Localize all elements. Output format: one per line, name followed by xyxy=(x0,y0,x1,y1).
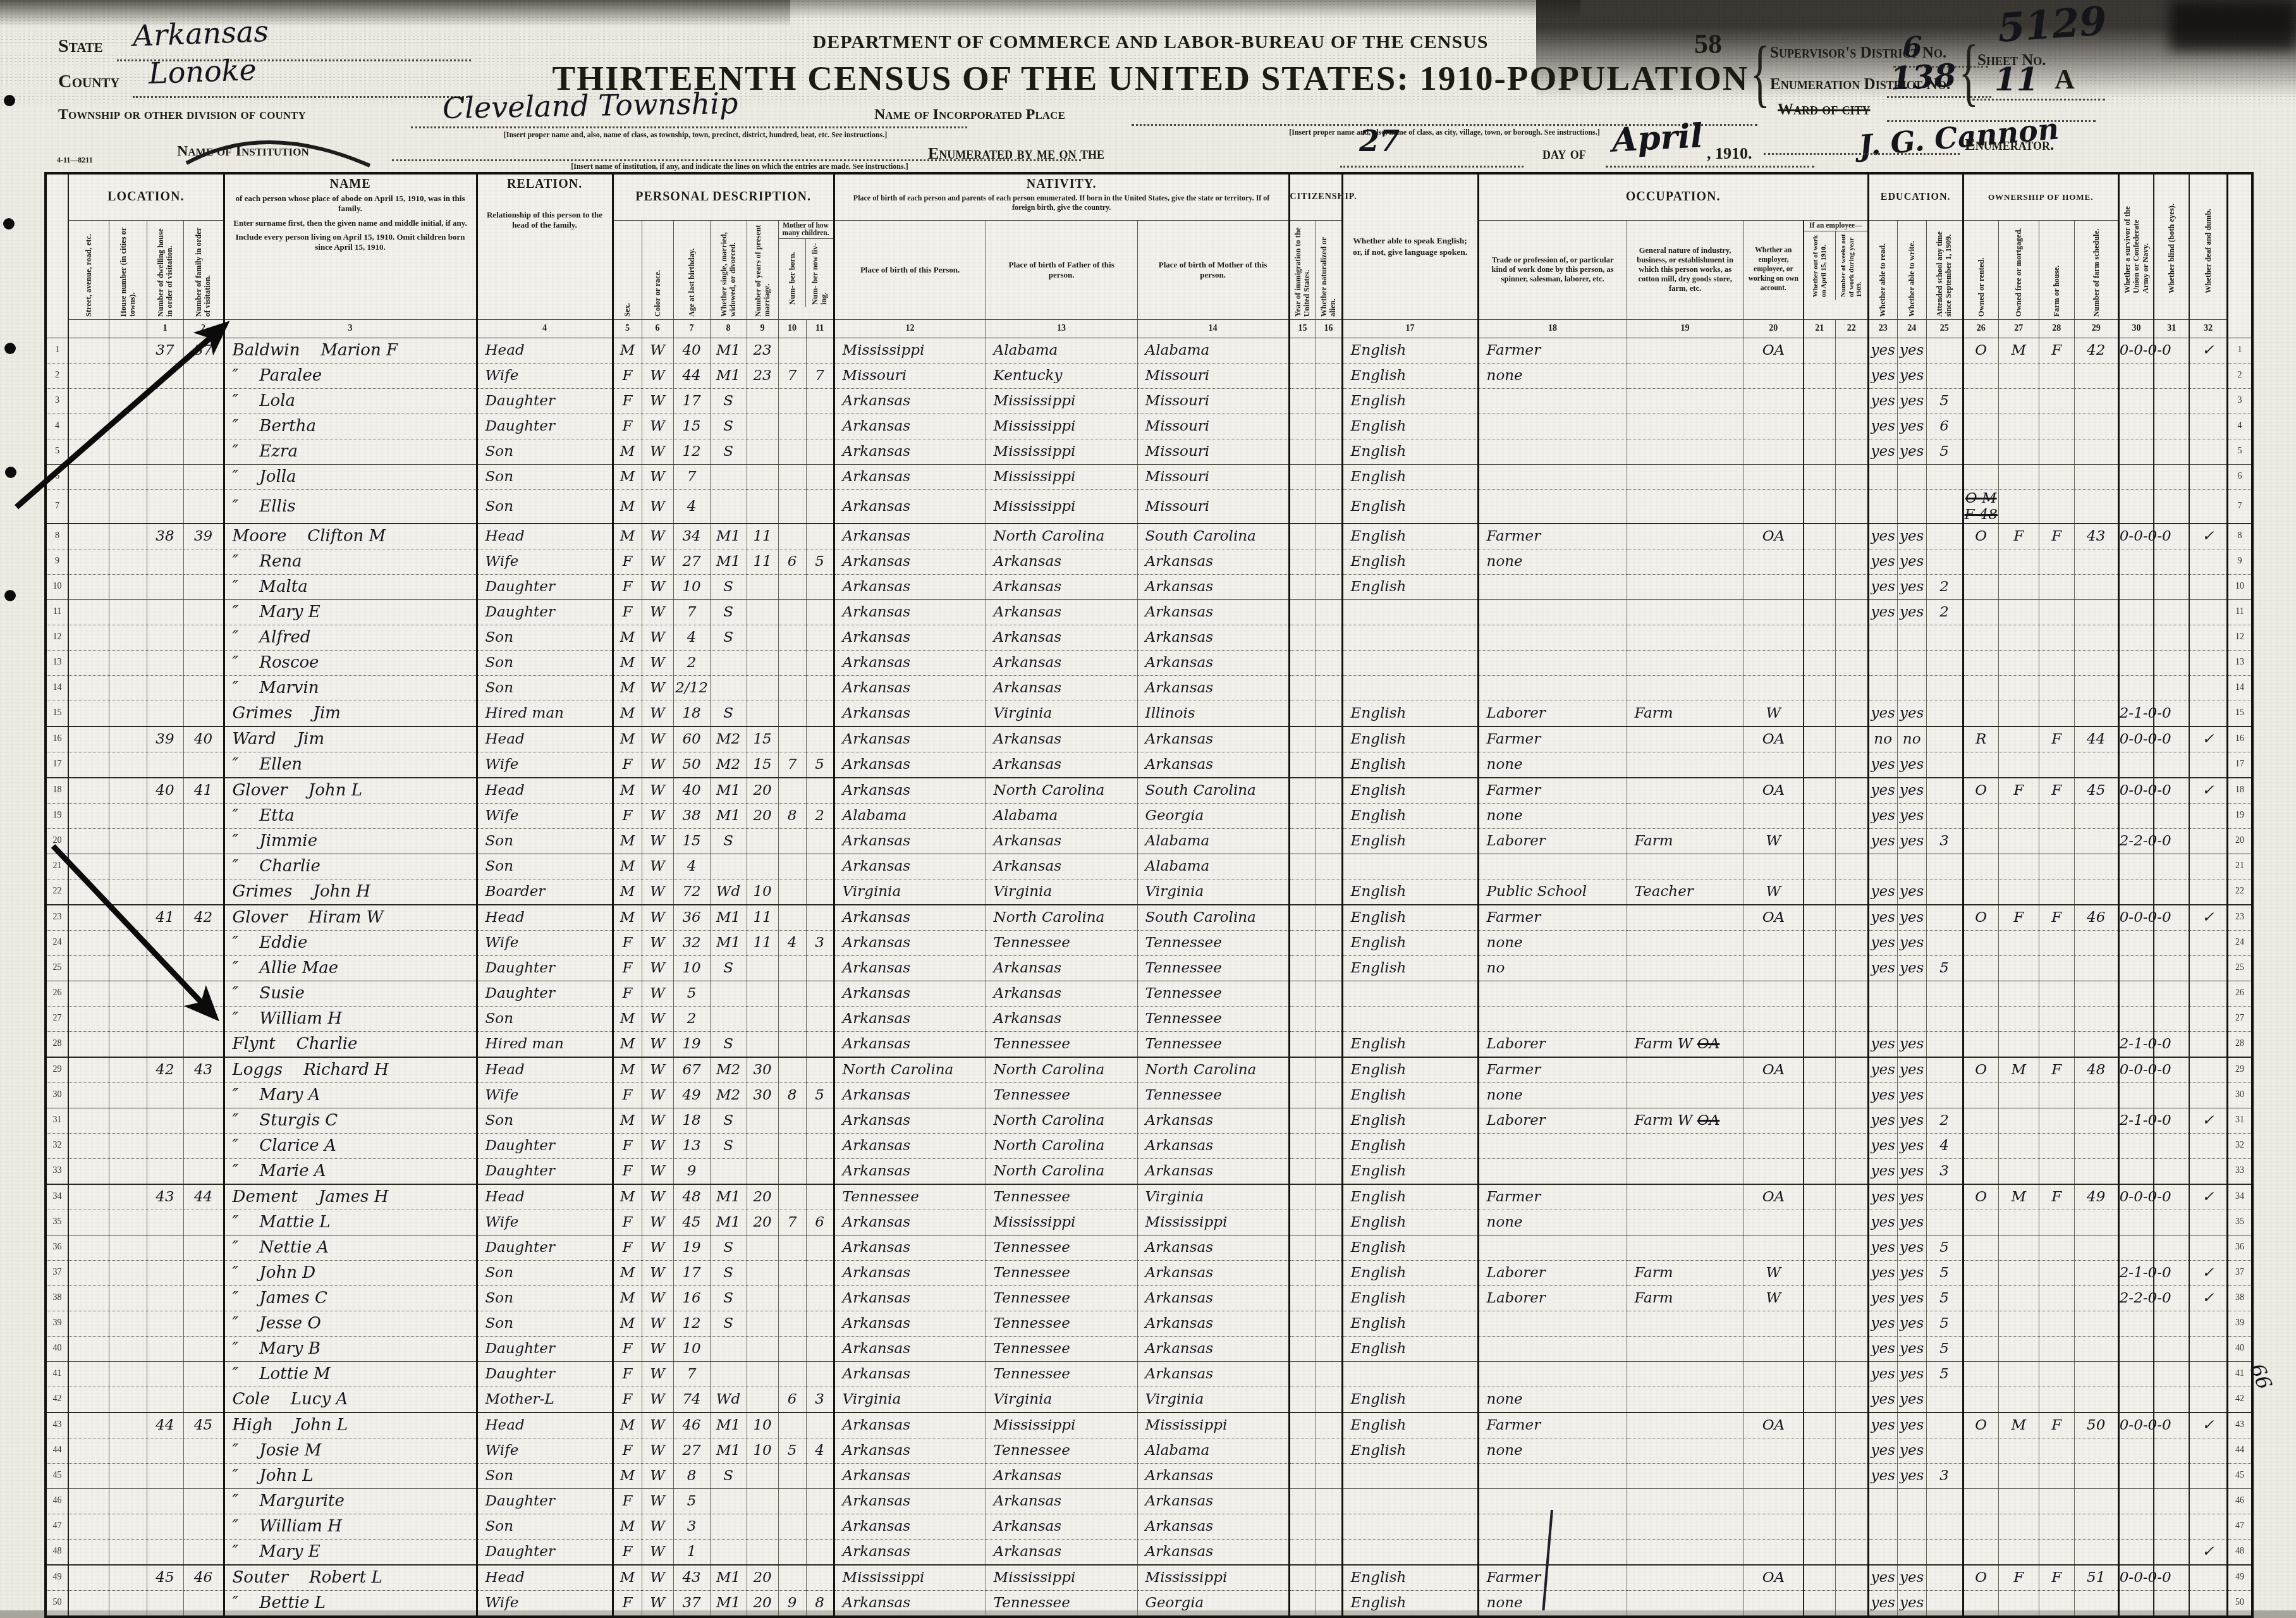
cell-r5-c32 xyxy=(2118,439,2154,464)
cell-r41-c22 xyxy=(1743,1361,1804,1387)
cell-r38-c8: W xyxy=(642,1285,673,1311)
institution-label: Name of Institution xyxy=(177,143,309,160)
cell-r34-c30: F xyxy=(2039,1184,2074,1210)
cell-r5-c35: 5 xyxy=(2227,439,2252,464)
cell-r22-c23 xyxy=(1804,879,1835,905)
institution-note: [Insert name of institution, if any, and… xyxy=(443,162,1037,171)
incorporated-label: Name of Incorporated Place xyxy=(874,106,1065,123)
cell-r18-c23 xyxy=(1804,778,1835,804)
cell-r5-c8: W xyxy=(642,439,673,464)
cell-r6-c17 xyxy=(1289,464,1316,489)
department-line: DEPARTMENT OF COMMERCE AND LABOR-BUREAU … xyxy=(569,32,1732,53)
pob-mother-header: Place of birth of Mother of this person. xyxy=(1137,220,1289,319)
cell-r43-c26: yes xyxy=(1897,1413,1926,1438)
cell-r25-c31 xyxy=(2074,955,2118,981)
cell-r50-c27 xyxy=(1926,1590,1963,1610)
column-number-10: 10 xyxy=(778,319,806,338)
cell-r17-c17 xyxy=(1289,752,1316,778)
cell-r22-c9: 72 xyxy=(673,879,710,905)
cell-r13-c18 xyxy=(1316,650,1342,675)
cell-r45-c10: S xyxy=(710,1463,747,1488)
cell-r21-c12 xyxy=(778,854,806,879)
cell-r15-c20: Laborer xyxy=(1478,701,1627,726)
cell-r46-c4 xyxy=(183,1488,224,1514)
cell-r18-c0: 18 xyxy=(46,778,68,804)
cell-r44-c12: 5 xyxy=(778,1438,806,1463)
cell-r16-c3: 39 xyxy=(147,726,183,752)
cell-r32-c16: Arkansas xyxy=(1137,1133,1289,1158)
cell-r12-c28 xyxy=(1963,625,1998,650)
cell-r28-c8: W xyxy=(642,1031,673,1057)
cell-r50-c11: 20 xyxy=(747,1590,778,1610)
cell-r37-c8: W xyxy=(642,1260,673,1285)
cell-r49-c16: Mississippi xyxy=(1137,1565,1289,1591)
cell-r33-c18 xyxy=(1316,1158,1342,1184)
cell-r48-c12 xyxy=(778,1539,806,1565)
cell-r37-c10: S xyxy=(710,1260,747,1285)
cell-r43-c31: 50 xyxy=(2074,1413,2118,1438)
table-row: 48″ Mary EDaughterFW1ArkansasArkansasArk… xyxy=(46,1539,2252,1565)
cell-r3-c5: ″ Lola xyxy=(224,388,477,414)
table-row: 22Grimes John HBoarderMW72Wd10VirginiaVi… xyxy=(46,879,2252,905)
cell-r36-c33 xyxy=(2154,1235,2189,1260)
cell-r32-c0: 32 xyxy=(46,1133,68,1158)
cell-r43-c23 xyxy=(1804,1413,1835,1438)
table-row: 35″ Mattie LWifeFW45M12076ArkansasMissis… xyxy=(46,1210,2252,1235)
cell-r31-c5: ″ Sturgis C xyxy=(224,1108,477,1133)
cell-r7-c31 xyxy=(2074,489,2118,524)
cell-r35-c26: yes xyxy=(1897,1210,1926,1235)
cell-r29-c32: 0-0-0-0 xyxy=(2118,1057,2154,1083)
cell-r21-c15: Arkansas xyxy=(986,854,1137,879)
cell-r33-c9: 9 xyxy=(673,1158,710,1184)
cell-r9-c30 xyxy=(2039,549,2074,574)
cell-r43-c9: 46 xyxy=(673,1413,710,1438)
cell-r49-c31: 51 xyxy=(2074,1565,2118,1591)
cell-r15-c19: English xyxy=(1342,701,1478,726)
cell-r39-c6: Son xyxy=(477,1311,613,1336)
cell-r31-c12 xyxy=(778,1108,806,1133)
cell-r39-c13 xyxy=(806,1311,834,1336)
cell-r14-c19 xyxy=(1342,675,1478,701)
cell-r34-c9: 48 xyxy=(673,1184,710,1210)
cell-r30-c15: Tennessee xyxy=(986,1082,1137,1108)
cell-r42-c6: Mother-L xyxy=(477,1387,613,1413)
cell-r50-c14: Arkansas xyxy=(834,1590,986,1610)
cell-r23-c25: yes xyxy=(1868,905,1897,931)
cell-r3-c22 xyxy=(1743,388,1804,414)
cell-r8-c20: Farmer xyxy=(1478,524,1627,549)
cell-r21-c33 xyxy=(2154,854,2189,879)
cell-r9-c31 xyxy=(2074,549,2118,574)
cell-r32-c18 xyxy=(1316,1133,1342,1158)
cell-r6-c26 xyxy=(1897,464,1926,489)
cell-r34-c0: 34 xyxy=(46,1184,68,1210)
cell-r42-c28 xyxy=(1963,1387,1998,1413)
cell-r42-c26: yes xyxy=(1897,1387,1926,1413)
cell-r33-c21 xyxy=(1627,1158,1743,1184)
cell-r18-c11: 20 xyxy=(747,778,778,804)
cell-r30-c12: 8 xyxy=(778,1082,806,1108)
cell-r7-c9: 4 xyxy=(673,489,710,524)
cell-r5-c5: ″ Ezra xyxy=(224,439,477,464)
table-row: 5″ EzraSonMW12SArkansasMississippiMissou… xyxy=(46,439,2252,464)
cell-r18-c32: 0-0-0-0 xyxy=(2118,778,2154,804)
cell-r26-c32 xyxy=(2118,981,2154,1006)
cell-r45-c19 xyxy=(1342,1463,1478,1488)
cell-r23-c21 xyxy=(1627,905,1743,931)
cell-r29-c23 xyxy=(1804,1057,1835,1083)
cell-r34-c7: M xyxy=(613,1184,642,1210)
cell-r46-c21 xyxy=(1627,1488,1743,1514)
cell-r32-c28 xyxy=(1963,1133,1998,1158)
cell-r22-c15: Virginia xyxy=(986,879,1137,905)
cell-r9-c18 xyxy=(1316,549,1342,574)
cell-r14-c11 xyxy=(747,675,778,701)
name-column-header: NAME of each person whose place of abode… xyxy=(224,173,477,319)
cell-r32-c1 xyxy=(68,1133,109,1158)
cell-r20-c34 xyxy=(2189,828,2227,854)
cell-r36-c26: yes xyxy=(1897,1235,1926,1260)
cell-r5-c9: 12 xyxy=(673,439,710,464)
cell-r48-c7: F xyxy=(613,1539,642,1565)
cell-r21-c34 xyxy=(2189,854,2227,879)
cell-r9-c4 xyxy=(183,549,224,574)
cell-r18-c25: yes xyxy=(1868,778,1897,804)
cell-r21-c21 xyxy=(1627,854,1743,879)
cell-r38-c17 xyxy=(1289,1285,1316,1311)
cell-r49-c15: Mississippi xyxy=(986,1565,1137,1591)
cell-r23-c35: 23 xyxy=(2227,905,2252,931)
cell-r44-c6: Wife xyxy=(477,1438,613,1463)
cell-r44-c13: 4 xyxy=(806,1438,834,1463)
brace-left: { xyxy=(1750,30,1770,116)
cell-r29-c3: 42 xyxy=(147,1057,183,1083)
cell-r48-c25 xyxy=(1868,1539,1897,1565)
cell-r25-c6: Daughter xyxy=(477,955,613,981)
cell-r40-c7: F xyxy=(613,1336,642,1361)
cell-r32-c10: S xyxy=(710,1133,747,1158)
cell-r12-c0: 12 xyxy=(46,625,68,650)
cell-r39-c26: yes xyxy=(1897,1311,1926,1336)
cell-r43-c4: 45 xyxy=(183,1413,224,1438)
cell-r20-c35: 20 xyxy=(2227,828,2252,854)
cell-r49-c13 xyxy=(806,1565,834,1591)
cell-r36-c14: Arkansas xyxy=(834,1235,986,1260)
cell-r22-c27 xyxy=(1926,879,1963,905)
cell-r11-c34 xyxy=(2189,599,2227,625)
column-number-8: 8 xyxy=(710,319,747,338)
cell-r9-c25: yes xyxy=(1868,549,1897,574)
cell-r39-c31 xyxy=(2074,1311,2118,1336)
cell-r9-c7: F xyxy=(613,549,642,574)
cell-r30-c28 xyxy=(1963,1082,1998,1108)
cell-r1-c19: English xyxy=(1342,338,1478,363)
cell-r45-c29 xyxy=(1998,1463,2039,1488)
cell-r50-c19: English xyxy=(1342,1590,1478,1610)
cell-r40-c18 xyxy=(1316,1336,1342,1361)
cell-r46-c18 xyxy=(1316,1488,1342,1514)
cell-r30-c33 xyxy=(2154,1082,2189,1108)
cell-r23-c0: 23 xyxy=(46,905,68,931)
cell-r42-c33 xyxy=(2154,1387,2189,1413)
cell-r23-c14: Arkansas xyxy=(834,905,986,931)
cell-r37-c28 xyxy=(1963,1260,1998,1285)
cell-r5-c16: Missouri xyxy=(1137,439,1289,464)
cell-r3-c26: yes xyxy=(1897,388,1926,414)
employee-group-label: If an employee— xyxy=(1804,221,1867,231)
cell-r45-c28 xyxy=(1963,1463,1998,1488)
cell-r19-c9: 38 xyxy=(673,803,710,828)
cell-r35-c23 xyxy=(1804,1210,1835,1235)
mother-group-label: Mother of how many children. xyxy=(779,221,833,239)
cell-r25-c26: yes xyxy=(1897,955,1926,981)
cell-r21-c26 xyxy=(1897,854,1926,879)
cell-r33-c34 xyxy=(2189,1158,2227,1184)
cell-r49-c26: yes xyxy=(1897,1565,1926,1591)
cell-r44-c2 xyxy=(109,1438,147,1463)
cell-r26-c13 xyxy=(806,981,834,1006)
cell-r38-c32: 2-2-0-0 xyxy=(2118,1285,2154,1311)
cell-r1-c22: OA xyxy=(1743,338,1804,363)
cell-r41-c10 xyxy=(710,1361,747,1387)
cell-r8-c16: South Carolina xyxy=(1137,524,1289,549)
cell-r45-c32 xyxy=(2118,1463,2154,1488)
cell-r8-c14: Arkansas xyxy=(834,524,986,549)
cell-r39-c0: 39 xyxy=(46,1311,68,1336)
ownership-group: OWNERSHIP OF HOME. xyxy=(1963,173,2118,220)
cell-r17-c30 xyxy=(2039,752,2074,778)
cell-r30-c5: ″ Mary A xyxy=(224,1082,477,1108)
cell-r40-c17 xyxy=(1289,1336,1316,1361)
cell-r5-c6: Son xyxy=(477,439,613,464)
cell-r5-c24 xyxy=(1835,439,1868,464)
cell-r12-c25 xyxy=(1868,625,1897,650)
table-row: 6″ JollaSonMW7ArkansasMississippiMissour… xyxy=(46,464,2252,489)
cell-r27-c6: Son xyxy=(477,1006,613,1031)
cell-r24-c18 xyxy=(1316,930,1342,955)
cell-r5-c1 xyxy=(68,439,109,464)
cell-r41-c33 xyxy=(2154,1361,2189,1387)
cell-r5-c21 xyxy=(1627,439,1743,464)
cell-r34-c16: Virginia xyxy=(1137,1184,1289,1210)
cell-r34-c11: 20 xyxy=(747,1184,778,1210)
cell-r6-c23 xyxy=(1804,464,1835,489)
column-number-16: 16 xyxy=(1316,319,1342,338)
cell-r24-c5: ″ Eddie xyxy=(224,930,477,955)
column-number-9: 9 xyxy=(747,319,778,338)
cell-r48-c30 xyxy=(2039,1539,2074,1565)
cell-r13-c15: Arkansas xyxy=(986,650,1137,675)
cell-r9-c8: W xyxy=(642,549,673,574)
cell-r45-c2 xyxy=(109,1463,147,1488)
cell-r40-c3 xyxy=(147,1336,183,1361)
cell-r24-c25: yes xyxy=(1868,930,1897,955)
cell-r46-c23 xyxy=(1804,1488,1835,1514)
cell-r47-c2 xyxy=(109,1514,147,1539)
cell-r21-c5: ″ Charlie xyxy=(224,854,477,879)
cell-r8-c1 xyxy=(68,524,109,549)
cell-r36-c1 xyxy=(68,1235,109,1260)
cell-r29-c7: M xyxy=(613,1057,642,1083)
cell-r38-c21: Farm xyxy=(1627,1285,1743,1311)
cell-r8-c5: Moore Clifton M xyxy=(224,524,477,549)
cell-r44-c17 xyxy=(1289,1438,1316,1463)
cell-r17-c0: 17 xyxy=(46,752,68,778)
cell-r29-c25: yes xyxy=(1868,1057,1897,1083)
cell-r42-c13: 3 xyxy=(806,1387,834,1413)
cell-r49-c34 xyxy=(2189,1565,2227,1591)
cell-r2-c26: yes xyxy=(1897,363,1926,388)
cell-r19-c32 xyxy=(2118,803,2154,828)
cell-r32-c27: 4 xyxy=(1926,1133,1963,1158)
cell-r25-c32 xyxy=(2118,955,2154,981)
header-numbers-row: 1234567891011121314151617181920212223242… xyxy=(46,319,2252,338)
cell-r13-c33 xyxy=(2154,650,2189,675)
cell-r33-c17 xyxy=(1289,1158,1316,1184)
cell-r25-c24 xyxy=(1835,955,1868,981)
cell-r28-c26: yes xyxy=(1897,1031,1926,1057)
employer-header: Whether an employer, employee, or workin… xyxy=(1743,220,1804,319)
column-number-32: 32 xyxy=(2189,319,2227,338)
cell-r14-c14: Arkansas xyxy=(834,675,986,701)
cell-r32-c17 xyxy=(1289,1133,1316,1158)
cell-r10-c5: ″ Malta xyxy=(224,574,477,599)
cell-r38-c34: ✓ xyxy=(2189,1285,2227,1311)
enumeration-value: 138 xyxy=(1890,56,1957,97)
cell-r19-c13: 2 xyxy=(806,803,834,828)
cell-r22-c12 xyxy=(778,879,806,905)
cell-r14-c2 xyxy=(109,675,147,701)
cell-r17-c8: W xyxy=(642,752,673,778)
cell-r27-c7: M xyxy=(613,1006,642,1031)
cell-r42-c14: Virginia xyxy=(834,1387,986,1413)
sheet-value: 11 xyxy=(1994,61,2039,98)
cell-r30-c10: M2 xyxy=(710,1082,747,1108)
cell-r2-c30 xyxy=(2039,363,2074,388)
cell-r44-c0: 44 xyxy=(46,1438,68,1463)
cell-r36-c8: W xyxy=(642,1235,673,1260)
cell-r33-c24 xyxy=(1835,1158,1868,1184)
cell-r37-c1 xyxy=(68,1260,109,1285)
cell-r26-c17 xyxy=(1289,981,1316,1006)
cell-r28-c16: Tennessee xyxy=(1137,1031,1289,1057)
cell-r4-c35: 4 xyxy=(2227,414,2252,439)
cell-r12-c9: 4 xyxy=(673,625,710,650)
cell-r23-c34: ✓ xyxy=(2189,905,2227,931)
cell-r20-c16: Alabama xyxy=(1137,828,1289,854)
cell-r23-c28: O xyxy=(1963,905,1998,931)
cell-r41-c5: ″ Lottie M xyxy=(224,1361,477,1387)
cell-r27-c10 xyxy=(710,1006,747,1031)
cell-r32-c31 xyxy=(2074,1133,2118,1158)
cell-r33-c14: Arkansas xyxy=(834,1158,986,1184)
cell-r17-c19: English xyxy=(1342,752,1478,778)
cell-r16-c2 xyxy=(109,726,147,752)
cell-r48-c19 xyxy=(1342,1539,1478,1565)
ward-label: Ward of city xyxy=(1778,101,1871,119)
cell-r45-c18 xyxy=(1316,1463,1342,1488)
cell-r46-c29 xyxy=(1998,1488,2039,1514)
cell-r20-c30 xyxy=(2039,828,2074,854)
cell-r8-c19: English xyxy=(1342,524,1478,549)
township-note: [Insert proper name and, also, name of c… xyxy=(417,130,974,140)
cell-r20-c14: Arkansas xyxy=(834,828,986,854)
cell-r9-c20: none xyxy=(1478,549,1627,574)
cell-r25-c16: Tennessee xyxy=(1137,955,1289,981)
cell-r26-c8: W xyxy=(642,981,673,1006)
cell-r20-c31 xyxy=(2074,828,2118,854)
cell-r24-c13: 3 xyxy=(806,930,834,955)
cell-r8-c7: M xyxy=(613,524,642,549)
cell-r30-c25: yes xyxy=(1868,1082,1897,1108)
cell-r43-c0: 43 xyxy=(46,1413,68,1438)
cell-r25-c9: 10 xyxy=(673,955,710,981)
cell-r46-c28 xyxy=(1963,1488,1998,1514)
cell-r9-c27 xyxy=(1926,549,1963,574)
cell-r34-c5: Dement James H xyxy=(224,1184,477,1210)
cell-r4-c33 xyxy=(2154,414,2189,439)
state-label: State xyxy=(58,35,103,57)
cell-r31-c21: Farm W OA xyxy=(1627,1108,1743,1133)
survivor-label: Whether a survivor of the Union or Confe… xyxy=(2123,200,2150,293)
cell-r23-c19: English xyxy=(1342,905,1478,931)
cell-r25-c1 xyxy=(68,955,109,981)
cell-r43-c3: 44 xyxy=(147,1413,183,1438)
cell-r14-c33 xyxy=(2154,675,2189,701)
cell-r13-c3 xyxy=(147,650,183,675)
cell-r14-c30 xyxy=(2039,675,2074,701)
cell-r15-c1 xyxy=(68,701,109,726)
cell-r2-c9: 44 xyxy=(673,363,710,388)
cell-r9-c2 xyxy=(109,549,147,574)
cell-r18-c13 xyxy=(806,778,834,804)
cell-r37-c18 xyxy=(1316,1260,1342,1285)
cell-r22-c31 xyxy=(2074,879,2118,905)
cell-r21-c11 xyxy=(747,854,778,879)
cell-r40-c26: yes xyxy=(1897,1336,1926,1361)
cell-r32-c8: W xyxy=(642,1133,673,1158)
column-number-20: 20 xyxy=(1743,319,1804,338)
cell-r35-c28 xyxy=(1963,1210,1998,1235)
cell-r23-c4: 42 xyxy=(183,905,224,931)
cell-r3-c28 xyxy=(1963,388,1998,414)
cell-r9-c1 xyxy=(68,549,109,574)
cell-r14-c25 xyxy=(1868,675,1897,701)
cell-r27-c18 xyxy=(1316,1006,1342,1031)
cell-r27-c19 xyxy=(1342,1006,1478,1031)
cell-r37-c9: 17 xyxy=(673,1260,710,1285)
cell-r12-c33 xyxy=(2154,625,2189,650)
cell-r34-c20: Farmer xyxy=(1478,1184,1627,1210)
cell-r43-c15: Mississippi xyxy=(986,1413,1137,1438)
cell-r39-c3 xyxy=(147,1311,183,1336)
table-row: 3″ LolaDaughterFW17SArkansasMississippiM… xyxy=(46,388,2252,414)
cell-r16-c35: 16 xyxy=(2227,726,2252,752)
cell-r40-c34 xyxy=(2189,1336,2227,1361)
cell-r29-c22: OA xyxy=(1743,1057,1804,1083)
cell-r10-c1 xyxy=(68,574,109,599)
cell-r28-c17 xyxy=(1289,1031,1316,1057)
cell-r31-c17 xyxy=(1289,1108,1316,1133)
cell-r30-c21 xyxy=(1627,1082,1743,1108)
cell-r31-c29 xyxy=(1998,1108,2039,1133)
cell-r42-c32 xyxy=(2118,1387,2154,1413)
cell-r22-c19: English xyxy=(1342,879,1478,905)
cell-r31-c14: Arkansas xyxy=(834,1108,986,1133)
cell-r37-c24 xyxy=(1835,1260,1868,1285)
cell-r7-c34 xyxy=(2189,489,2227,524)
